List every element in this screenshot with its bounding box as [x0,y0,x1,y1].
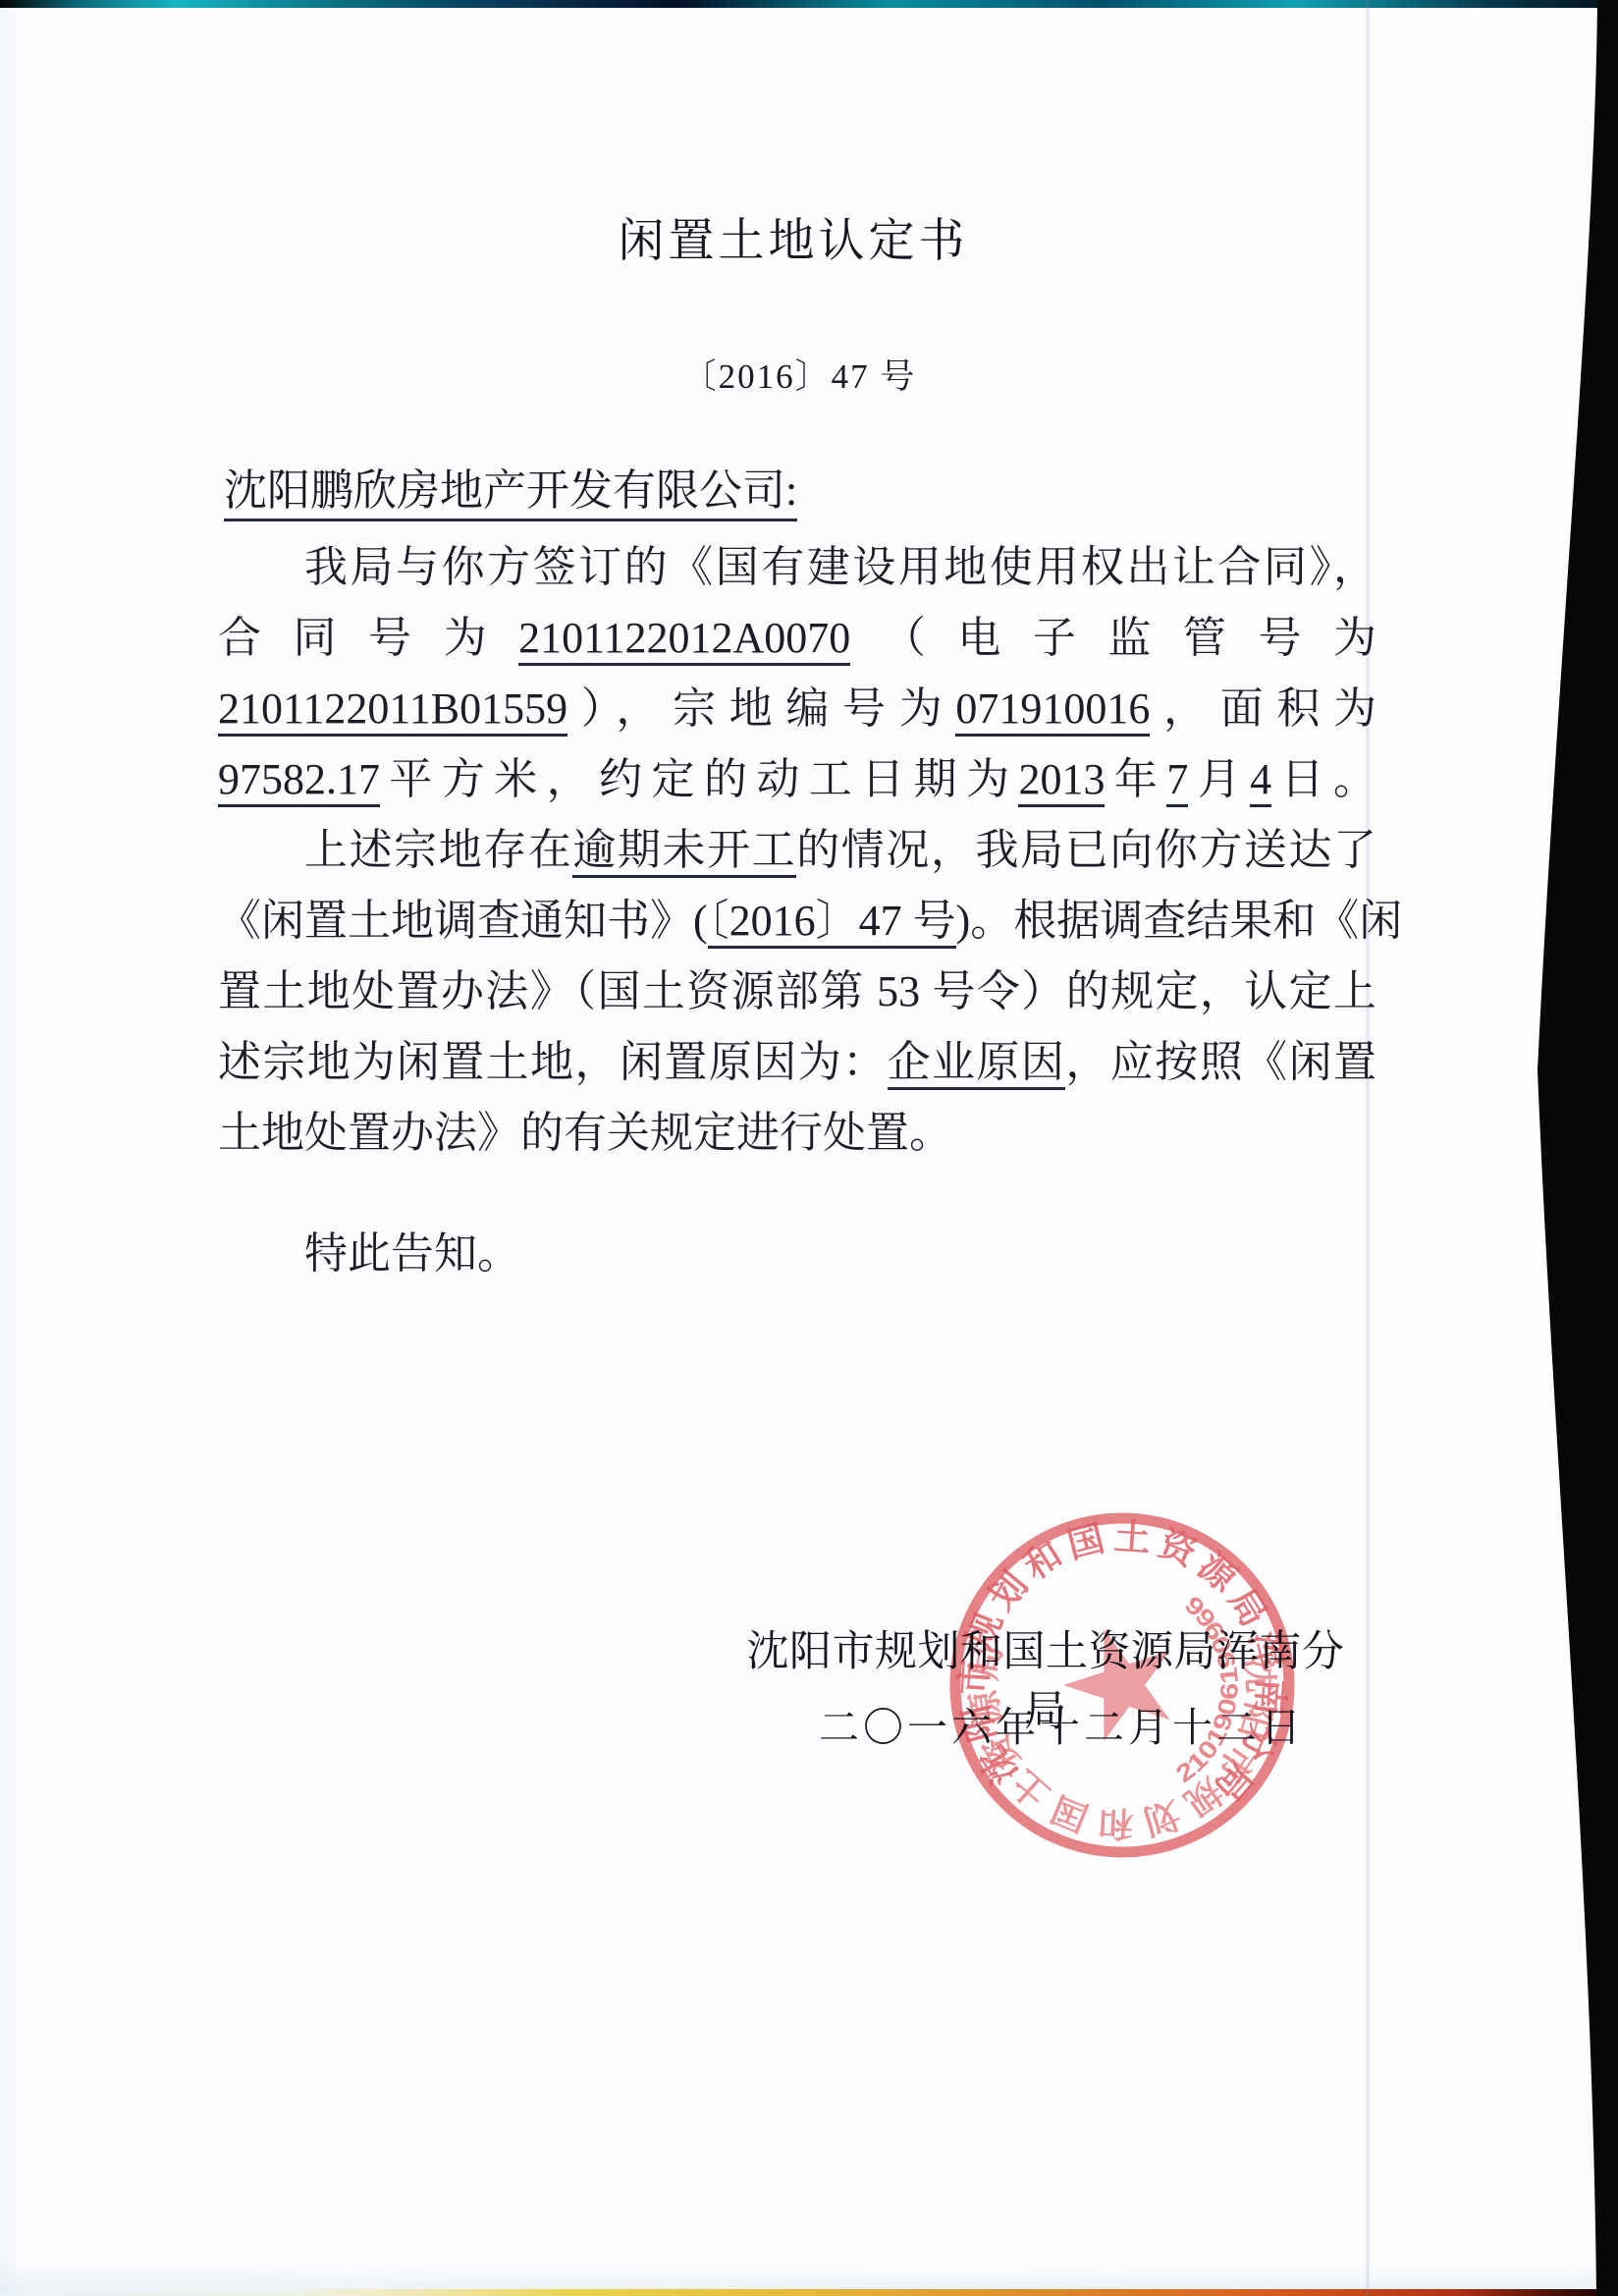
body-line: 土地处置办法》的有关规定进行处置。 [218,1098,1376,1169]
official-seal-stamp: 沈阳市规划和国土资源局浑南分局 2101906190966 沈阳市规划和国土资源… [945,1508,1299,1862]
body-text: 《闲置土地调查通知书》( [218,897,708,945]
body-text: 年 [1105,755,1166,803]
underlined-value: 97582.17 [218,755,380,807]
body-text: ），宗地编号为 [567,684,955,733]
addressee-line: 沈阳鹏欣房地产开发有限公司: [224,455,797,518]
scan-edge-top-strip [0,0,1618,8]
body-text: 合同号为 [218,614,518,662]
body-line: 合同号为2101122012A0070（电子监管号为 [218,603,1376,674]
scan-edge-right-band [1520,0,1618,2296]
body-line: 置土地处置办法》（国土资源部第 53 号令）的规定，认定上 [218,957,1376,1027]
body-text: 月 [1188,755,1250,803]
underlined-value: 4 [1250,755,1271,807]
document-title: 闲置土地认定书 [0,204,1587,270]
underlined-value: 2013 [1018,755,1105,807]
body-text: 土地处置办法》的有关规定进行处置。 [218,1109,952,1157]
underlined-value: 7 [1166,755,1188,807]
underlined-value: 逾期未开工 [572,826,796,878]
body-text: 上述宗地存在 [304,826,572,874]
body-text: 述宗地为闲置土地，闲置原因为： [218,1038,888,1086]
body-text: 平方米，约定的动工日期为 [380,755,1018,803]
addressee-name: 沈阳鹏欣房地产开发有限公司: [224,466,797,521]
body-line: 我局与你方签订的《国有建设用地使用权出让合同》， [218,532,1376,603]
body-line: 《闲置土地调查通知书》(〔2016〕47 号)。根据调查结果和《闲 [218,886,1376,957]
document-number: 〔2016〕47 号 [0,350,1598,399]
body-text: （电子监管号为 [850,614,1376,662]
underlined-value: 企业原因 [888,1038,1066,1090]
body-text: 日。 [1271,755,1376,803]
seal-star-icon [1051,1612,1190,1747]
body-text: 我局与你方签订的《国有建设用地使用权出让合同》， [304,543,1376,591]
body-line: 述宗地为闲置土地，闲置原因为：企业原因，应按照《闲置 [218,1027,1376,1098]
body-paragraphs: 我局与你方签订的《国有建设用地使用权出让合同》，合同号为2101122012A0… [218,532,1376,1169]
body-line: 2101122011B01559），宗地编号为071910016，面积为 [218,674,1376,744]
closing-line: 特此告知。 [304,1218,520,1281]
body-text: 的情况，我局已向你方送达了 [796,826,1376,874]
body-text: 置土地处置办法》（国土资源部第 53 号令）的规定，认定上 [218,967,1376,1015]
body-text: ，应按照《闲置 [1065,1038,1376,1086]
body-text: ，面积为 [1150,684,1376,733]
body-line: 上述宗地存在逾期未开工的情况，我局已向你方送达了 [218,815,1376,886]
scan-edge-bottom-strip [0,2289,1618,2296]
underlined-value: 〔2016〕47 号 [708,897,956,949]
underlined-value: 2101122011B01559 [218,684,567,737]
body-line: 97582.17平方米，约定的动工日期为2013年7月4日。 [218,744,1376,815]
underlined-value: 2101122012A0070 [518,614,850,666]
scanned-document-page: { "doc": { "title": "闲置土地认定书", "doc_numb… [0,0,1618,2296]
scan-bottom-shadow [0,2264,1618,2289]
body-text: )。根据调查结果和《闲 [956,897,1403,945]
underlined-value: 071910016 [955,684,1150,737]
